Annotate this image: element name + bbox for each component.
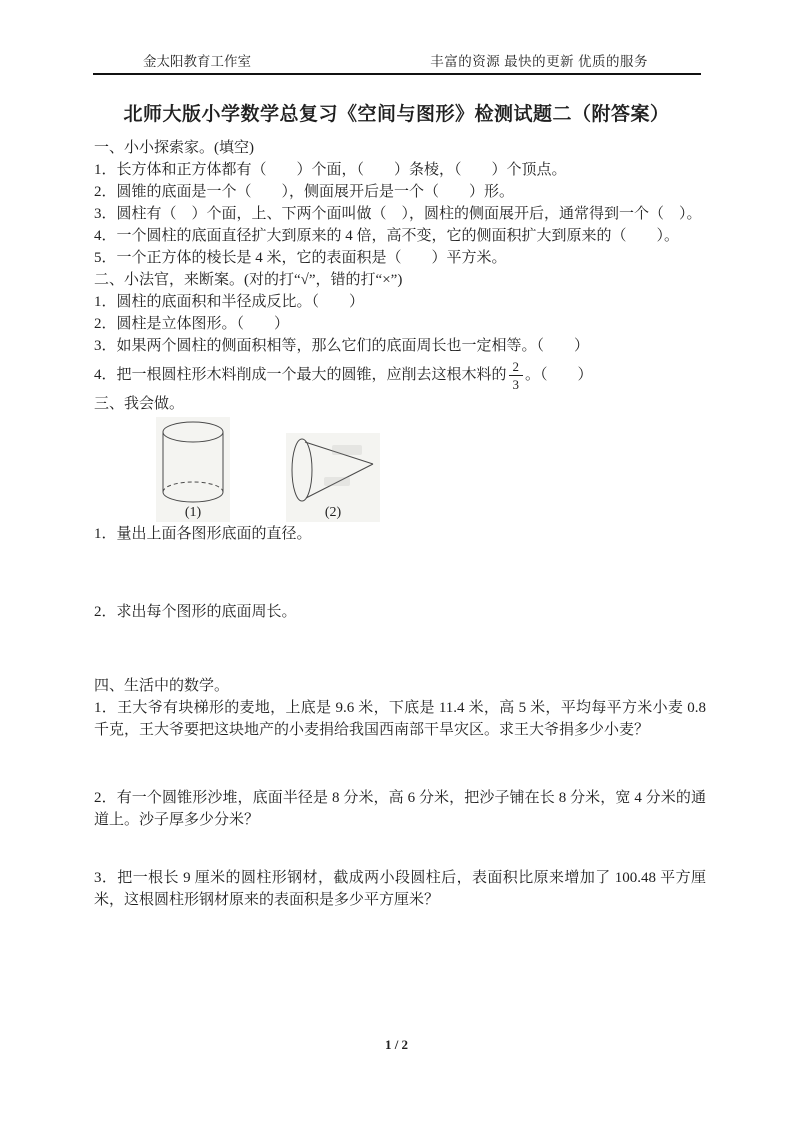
cone-figure: (2) bbox=[286, 433, 380, 522]
figure-row: (1) (2) bbox=[94, 416, 706, 522]
section-2-heading: 二、小法官，来断案。(对的打“√”，错的打“×”) bbox=[94, 269, 706, 291]
cylinder-figure: (1) bbox=[156, 417, 230, 522]
section-4-question-1: 1．王大爷有块梯形的麦地，上底是 9.6 米，下底是 11.4 米，高 5 米，… bbox=[94, 697, 706, 741]
question-text-suffix: 。（ ） bbox=[525, 364, 593, 386]
section-1-question-5: 5．一个正方体的棱长是 4 米，它的表面积是（ ）平方米。 bbox=[94, 247, 706, 269]
section-2-question-1: 1．圆柱的底面积和半径成反比。（ ） bbox=[94, 291, 706, 313]
figure-1-label: (1) bbox=[161, 504, 225, 522]
section-1-question-2: 2．圆锥的底面是一个（ ），侧面展开后是一个（ ）形。 bbox=[94, 181, 706, 203]
section-2-question-3: 3．如果两个圆柱的侧面积相等，那么它们的底面周长也一定相等。（ ） bbox=[94, 335, 706, 357]
section-1-question-3: 3．圆柱有（ ）个面，上、下两个面叫做（ ），圆柱的侧面展开后，通常得到一个（ … bbox=[94, 203, 706, 225]
answer-space bbox=[94, 831, 706, 867]
answer-space bbox=[94, 545, 706, 601]
page-number: 1 / 2 bbox=[0, 1037, 793, 1053]
figure-2-label: (2) bbox=[291, 504, 375, 522]
section-4-question-2: 2．有一个圆锥形沙堆，底面半径是 8 分米，高 6 分米，把沙子铺在长 8 分米… bbox=[94, 787, 706, 831]
header-slogan: 丰富的资源 最快的更新 优质的服务 bbox=[430, 53, 648, 71]
section-1-question-4: 4．一个圆柱的底面直径扩大到原来的 4 倍，高不变，它的侧面积扩大到原来的（ ）… bbox=[94, 225, 706, 247]
cylinder-drawing bbox=[161, 420, 225, 504]
section-2-question-4: 4．把一根圆柱形木料削成一个最大的圆锥，应削去这根木料的23。（ ） bbox=[94, 357, 706, 393]
section-4-heading: 四、生活中的数学。 bbox=[94, 675, 706, 697]
section-2-question-2: 2．圆柱是立体图形。（ ） bbox=[94, 313, 706, 335]
fraction-numerator: 2 bbox=[509, 359, 524, 376]
document-title: 北师大版小学数学总复习《空间与图形》检测试题二（附答案） bbox=[0, 99, 793, 126]
worksheet-page: 金太阳教育工作室 丰富的资源 最快的更新 优质的服务 北师大版小学数学总复习《空… bbox=[0, 0, 793, 1122]
document-body: 一、小小探索家。(填空) 1．长方体和正方体都有（ ）个面，（ ）条棱，（ ）个… bbox=[94, 137, 706, 911]
cone-drawing bbox=[291, 436, 375, 504]
header-divider bbox=[93, 73, 701, 75]
answer-space bbox=[94, 623, 706, 675]
answer-space bbox=[94, 741, 706, 787]
header-brand: 金太阳教育工作室 bbox=[143, 53, 251, 71]
section-1-heading: 一、小小探索家。(填空) bbox=[94, 137, 706, 159]
section-3-question-1: 1．量出上面各图形底面的直径。 bbox=[94, 523, 706, 545]
fraction-denominator: 3 bbox=[509, 376, 524, 392]
section-3-heading: 三、我会做。 bbox=[94, 393, 706, 415]
section-4-question-3: 3．把一根长 9 厘米的圆柱形钢材，截成两小段圆柱后，表面积比原来增加了 100… bbox=[94, 867, 706, 911]
section-3-question-2: 2．求出每个图形的底面周长。 bbox=[94, 601, 706, 623]
question-text-prefix: 4．把一根圆柱形木料削成一个最大的圆锥，应削去这根木料的 bbox=[94, 364, 507, 386]
fraction-two-thirds: 23 bbox=[509, 359, 524, 392]
section-1-question-1: 1．长方体和正方体都有（ ）个面，（ ）条棱，（ ）个顶点。 bbox=[94, 159, 706, 181]
